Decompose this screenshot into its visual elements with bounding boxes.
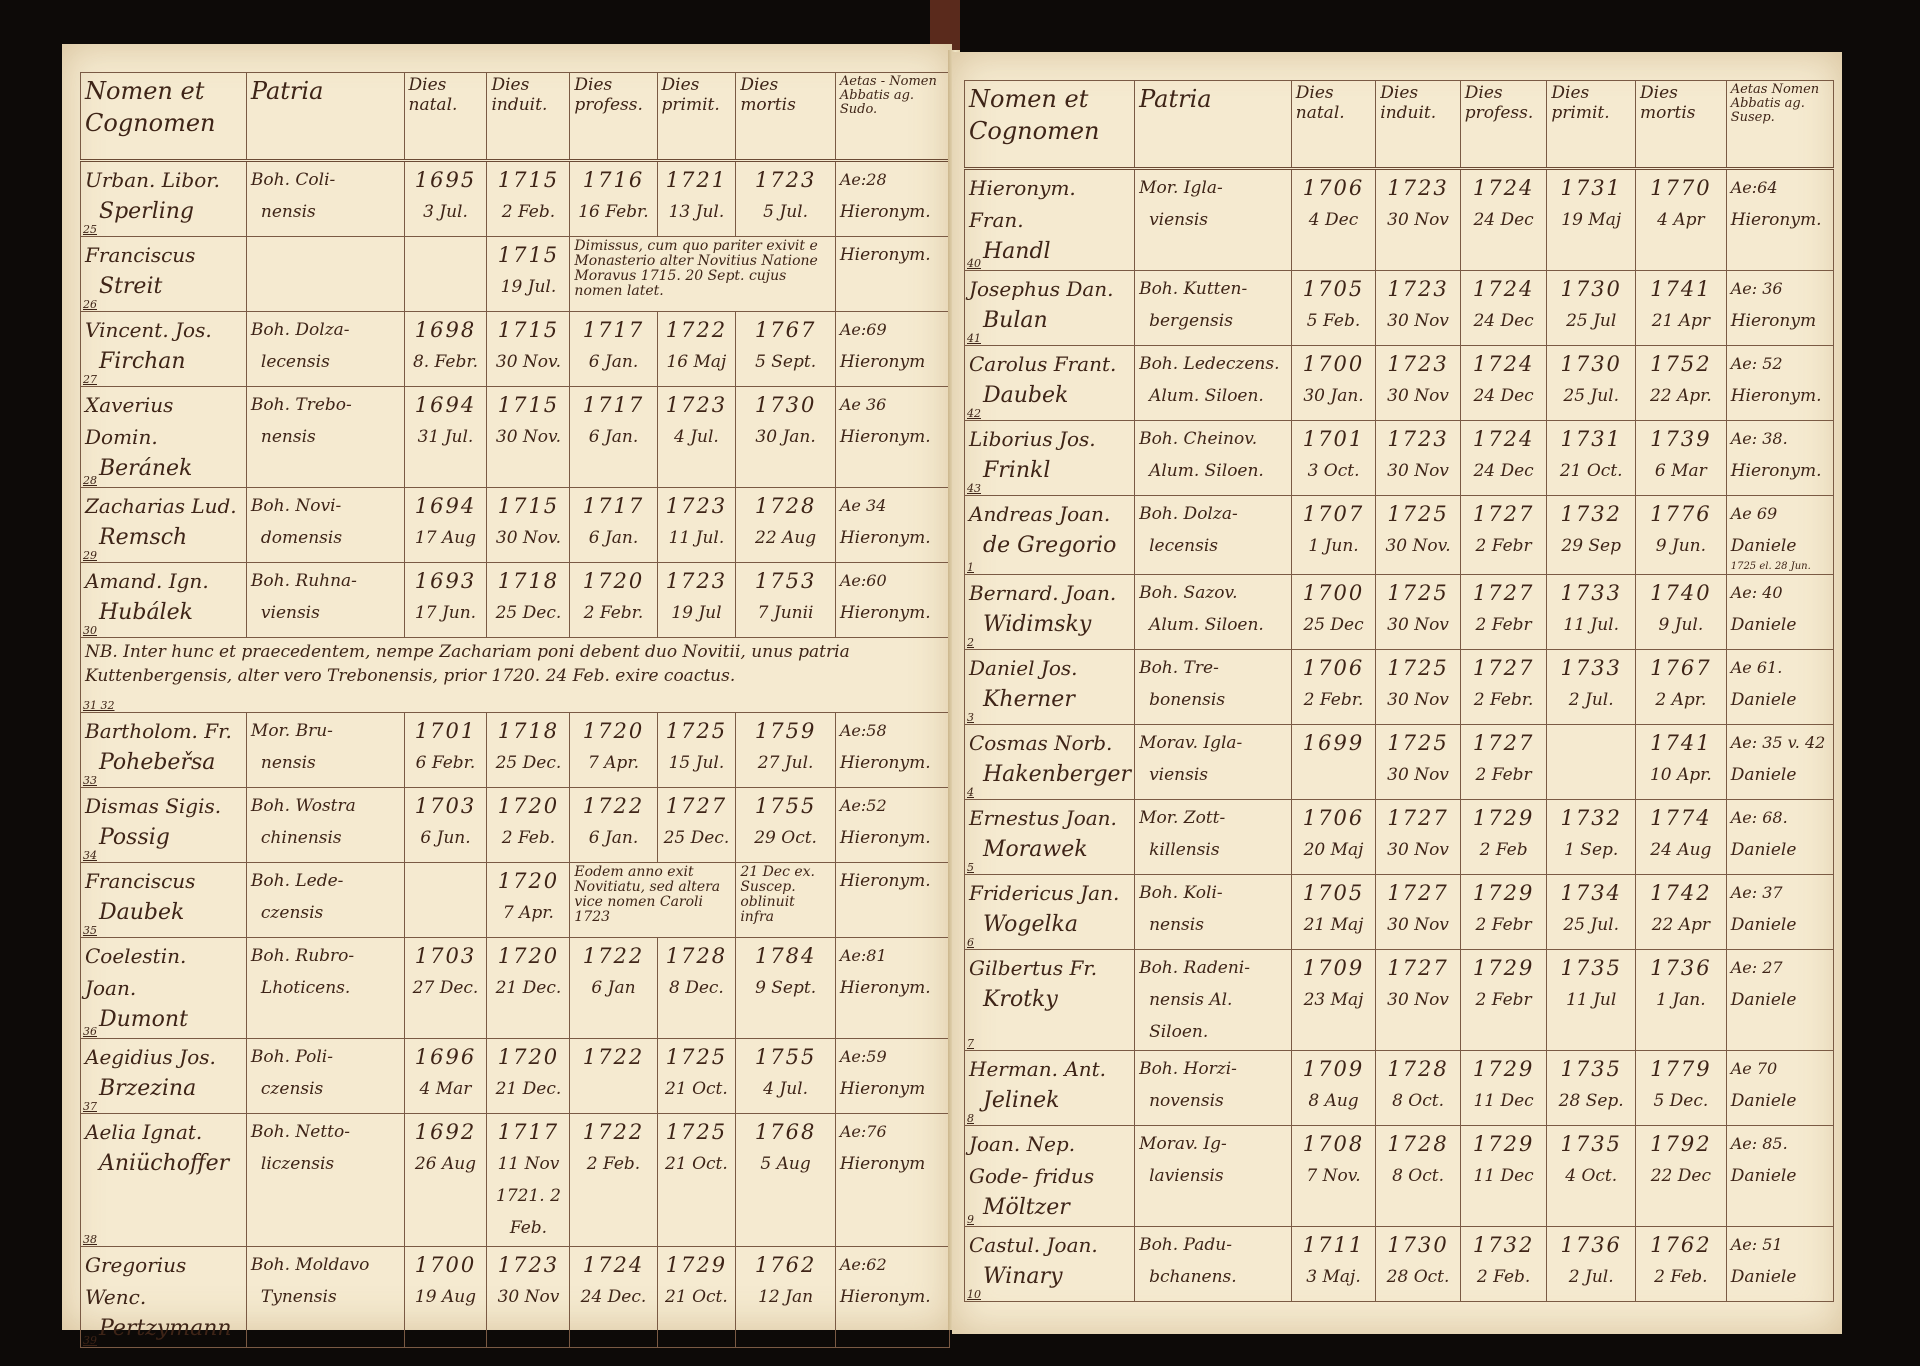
name-cell-line1: Liborius Jos.	[969, 423, 1130, 455]
patria-cell-line1: Boh. Koli-	[1139, 877, 1287, 909]
primit-cell: 17362 Jul.	[1547, 1227, 1636, 1302]
name-cell-line2: Dumont	[85, 1004, 242, 1036]
primit-cell: 17321 Sep.	[1547, 800, 1636, 875]
patria-cell-line1: Mor. Bru-	[251, 715, 400, 747]
entry-number: 6	[967, 937, 974, 949]
profess-cell: 17272 Febr.	[1460, 650, 1547, 725]
name-cell-line2: Remsch	[85, 522, 242, 554]
induit-cell-line2: 30 Nov.	[1380, 530, 1456, 562]
primit-cell-line2: 25 Jul.	[1551, 909, 1631, 941]
abbas-cell: Ae:52Hieronym.	[835, 788, 949, 863]
primit-cell: 17288 Dec.	[657, 938, 736, 1039]
primit-cell-line2: 4 Oct.	[1551, 1160, 1631, 1192]
mortis-cell-line1: 1740	[1640, 577, 1722, 609]
natal-cell-line1: 1700	[409, 1249, 483, 1281]
mortis-cell-line2: 24 Aug	[1640, 834, 1722, 866]
patria-cell-line1: Mor. Zott-	[1139, 802, 1287, 834]
entry-number: 33	[83, 775, 97, 787]
table-row: Urban. Libor.Sperling25Boh. Coli-nensis1…	[81, 161, 950, 237]
induit-cell: 172730 Nov	[1376, 875, 1461, 950]
primit-cell: 173119 Maj	[1547, 169, 1636, 271]
natal-cell-line1: 1700	[1296, 348, 1372, 380]
profess-cell-line1: 1732	[1465, 1229, 1543, 1261]
abbas-cell: Ae 70Daniele	[1726, 1051, 1833, 1126]
profess-cell: 17176 Jan.	[570, 387, 657, 488]
primit-cell-line1: 1723	[662, 490, 732, 522]
induit-cell-line2: 30 Nov	[1380, 684, 1456, 716]
induit-cell-line2: 30 Nov	[1380, 305, 1456, 337]
name-cell: Carolus Frant.Daubek42	[965, 346, 1135, 421]
abbas-cell-line1: Ae:69	[840, 314, 945, 346]
mortis-cell-line2: 5 Dec.	[1640, 1085, 1722, 1117]
primit-cell: 173425 Jul.	[1547, 875, 1636, 950]
mortis-cell-line1: 1762	[740, 1249, 831, 1281]
abbas-cell-line1: Ae:64	[1731, 172, 1829, 204]
table-row: Aelia Ignat.Aniüchoffer38Boh. Netto-licz…	[81, 1114, 950, 1247]
mortis-cell-line2: 7 Junii	[740, 597, 831, 629]
patria-cell-line1: Boh. Poli-	[251, 1041, 400, 1073]
name-cell-line2: Pohebeřsa	[85, 747, 242, 779]
natal-cell-line1: 1701	[409, 715, 483, 747]
primit-cell: 173528 Sep.	[1547, 1051, 1636, 1126]
profess-cell: 172911 Dec	[1460, 1126, 1547, 1227]
natal-cell: 17087 Nov.	[1291, 1126, 1376, 1227]
primit-cell: 172319 Jul	[657, 563, 736, 638]
natal-cell: 170923 Maj	[1291, 950, 1376, 1051]
primit-cell-line2: 1 Sep.	[1551, 834, 1631, 866]
primit-cell-line1: 1733	[1551, 577, 1631, 609]
primit-cell-line2: 2 Jul.	[1551, 1261, 1631, 1293]
mortis-cell-line2: 6 Mar	[1640, 455, 1722, 487]
primit-cell-line1: 1735	[1551, 952, 1631, 984]
primit-cell-line2: 25 Dec.	[662, 822, 732, 854]
induit-cell-line1: 1723	[1380, 348, 1456, 380]
mortis-cell: 17672 Apr.	[1636, 650, 1727, 725]
primit-cell-line2: 11 Jul.	[1551, 609, 1631, 641]
column-header: Aetas - Nomen Abbatis ag. Sudo.	[835, 73, 949, 161]
patria-cell: Boh. Sazov.Alum. Siloen.	[1135, 575, 1292, 650]
table-row: Amand. Ign.Hubálek30Boh. Ruhna-viensis16…	[81, 563, 950, 638]
remark-text: Dimissus, cum quo pariter exivit e Monas…	[574, 239, 830, 299]
abbas-cell-line1: Ae: 27	[1731, 952, 1829, 984]
profess-cell: 17272 Febr	[1460, 575, 1547, 650]
induit-cell-line2: 2 Feb.	[491, 196, 565, 228]
induit-cell: 172730 Nov	[1376, 800, 1461, 875]
patria-cell: Boh. Coli-nensis	[246, 161, 404, 237]
patria-cell: Mor. Bru-nensis	[246, 713, 404, 788]
induit-cell-line1: 1725	[1380, 577, 1456, 609]
name-cell: Amand. Ign.Hubálek30	[81, 563, 247, 638]
induit-cell-line2: 21 Dec.	[491, 1073, 565, 1105]
primit-cell: 172311 Jul.	[657, 488, 736, 563]
profess-cell-line2: 6 Jan.	[574, 522, 652, 554]
profess-cell-line1: 1729	[1465, 877, 1543, 909]
table-row: Aegidius Jos.Brzezina37Boh. Poli-czensis…	[81, 1039, 950, 1114]
mortis-cell-line2: 12 Jan	[740, 1281, 831, 1313]
remark-cell: Eodem anno exit Novitiatu, sed altera vi…	[570, 863, 736, 938]
primit-cell: 172521 Oct.	[657, 1114, 736, 1247]
mortis-cell-line1: 1770	[1640, 172, 1722, 204]
mortis-cell-line2: 4 Jul.	[740, 1073, 831, 1105]
name-cell-line1: Zacharias Lud.	[85, 490, 242, 522]
induit-cell-line1: 1720	[491, 790, 565, 822]
mortis-cell: 17704 Apr	[1636, 169, 1727, 271]
induit-cell: 172021 Dec.	[487, 1039, 570, 1114]
induit-cell-line1: 1720	[491, 1041, 565, 1073]
primit-cell: 172515 Jul.	[657, 713, 736, 788]
profess-cell-line1: 1727	[1465, 577, 1543, 609]
mortis-cell: 174222 Apr	[1636, 875, 1727, 950]
entry-number: 9	[967, 1214, 974, 1226]
profess-cell-line2: 2 Febr	[1465, 609, 1543, 641]
induit-cell: 17152 Feb.	[487, 161, 570, 237]
patria-cell: Boh. Kutten-bergensis	[1135, 271, 1292, 346]
natal-cell-line2: 4 Dec	[1296, 204, 1372, 236]
natal-cell-line1: 1706	[1296, 652, 1372, 684]
abbas-cell-line1: Ae 36	[840, 389, 945, 421]
name-cell-line2: Möltzer	[969, 1192, 1130, 1224]
name-cell-line1: Andreas Joan.	[969, 498, 1130, 530]
left-page: Nomen et CognomenPatriaDies natal.Dies i…	[62, 44, 952, 1330]
entry-number: 26	[83, 299, 97, 311]
induit-cell: 172330 Nov	[1376, 169, 1461, 271]
natal-cell-line2: 30 Jan.	[1296, 380, 1372, 412]
table-row: Castul. Joan.Winary10Boh. Padu-bchanens.…	[965, 1227, 1834, 1302]
mortis-cell: 17622 Feb.	[1636, 1227, 1727, 1302]
abbas-cell-line2: Hieronym.	[840, 239, 945, 271]
natal-cell: 17071 Jun.	[1291, 496, 1376, 575]
induit-cell-line1: 1715	[491, 314, 565, 346]
mortis-cell: 17235 Jul.	[736, 161, 836, 237]
table-row: Ernestus Joan.Morawek5Mor. Zott-killensi…	[965, 800, 1834, 875]
abbas-cell-line2: Hieronym	[840, 346, 945, 378]
abbas-cell-line2: Hieronym.	[840, 196, 945, 228]
profess-cell-line2: 6 Jan.	[574, 822, 652, 854]
table-row: Liborius Jos.Frinkl43Boh. Cheinov.Alum. …	[965, 421, 1834, 496]
induit-cell: 171825 Dec.	[487, 563, 570, 638]
mortis-cell-line1: 1742	[1640, 877, 1722, 909]
primit-cell: 172113 Jul.	[657, 161, 736, 237]
table-row: Hieronym. Fran.Handl40Mor. Igla-viensis1…	[965, 169, 1834, 271]
entry-number: 27	[83, 374, 97, 386]
mortis-cell-line1: 1755	[740, 790, 831, 822]
mortis-cell-line1: 1767	[1640, 652, 1722, 684]
primit-cell-line2: 13 Jul.	[662, 196, 732, 228]
patria-cell: Boh. Horzi-novensis	[1135, 1051, 1292, 1126]
name-cell: Daniel Jos.Kherner3	[965, 650, 1135, 725]
name-cell-line1: Bernard. Joan.	[969, 577, 1130, 609]
induit-cell: 172021 Dec.	[487, 938, 570, 1039]
name-cell-line2: Frinkl	[969, 455, 1130, 487]
primit-cell-line1: 1731	[1551, 172, 1631, 204]
name-cell: Liborius Jos.Frinkl43	[965, 421, 1135, 496]
table-row: Cosmas Norb.Hakenberger4Morav. Igla-vien…	[965, 725, 1834, 800]
abbas-cell: Ae: 36Hieronym	[1726, 271, 1833, 346]
profess-cell-line1: 1722	[574, 1116, 652, 1148]
mortis-cell-line1: 1755	[740, 1041, 831, 1073]
natal-cell-line1: 1705	[1296, 273, 1372, 305]
patria-cell-line1: Boh. Ruhna-	[251, 565, 400, 597]
profess-cell: 17292 Febr	[1460, 875, 1547, 950]
natal-cell: 17055 Feb.	[1291, 271, 1376, 346]
induit-cell-line2: 30 Nov	[1380, 909, 1456, 941]
induit-cell: 171530 Nov.	[487, 387, 570, 488]
name-cell-line2: Sperling	[85, 196, 242, 228]
name-cell-line1: Vincent. Jos.	[85, 314, 242, 346]
profess-cell: 17207 Apr.	[570, 713, 657, 788]
mortis-cell-line1: 1753	[740, 565, 831, 597]
natal-cell-line2: 21 Maj	[1296, 909, 1372, 941]
column-header: Dies primit.	[1547, 81, 1636, 169]
primit-cell: 172725 Dec.	[657, 788, 736, 863]
patria-cell: Boh. Poli-czensis	[246, 1039, 404, 1114]
name-cell-line2: Handl	[969, 236, 1130, 268]
profess-cell: 172424 Dec	[1460, 346, 1547, 421]
entry-number: 43	[967, 483, 981, 495]
profess-cell-line1: 1727	[1465, 498, 1543, 530]
name-cell-line2: Wogelka	[969, 909, 1130, 941]
induit-cell-line2: 8 Oct.	[1380, 1085, 1456, 1117]
primit-cell-line1: 1730	[1551, 273, 1631, 305]
natal-cell-line1: 1709	[1296, 952, 1372, 984]
abbas-cell-line1: Ae:28	[840, 164, 945, 196]
natal-cell-line1: 1705	[1296, 877, 1372, 909]
mortis-cell: 17396 Mar	[1636, 421, 1727, 496]
induit-cell-line1: 1718	[491, 565, 565, 597]
abbas-cell-line1: Ae 61.	[1731, 652, 1829, 684]
name-cell-line1: Urban. Libor.	[85, 164, 242, 196]
primit-cell-line1: 1731	[1551, 423, 1631, 455]
mortis-cell: 175529 Oct.	[736, 788, 836, 863]
mortis-cell-line2: 1 Jan.	[1640, 984, 1722, 1016]
induit-cell-line2: 30 Nov.	[491, 421, 565, 453]
natal-cell-line2: 27 Dec.	[409, 972, 483, 1004]
induit-cell-line1: 1723	[1380, 423, 1456, 455]
name-cell-line2: Daubek	[969, 380, 1130, 412]
natal-cell-line1: 1707	[1296, 498, 1372, 530]
patria-cell-line2: Lhoticens.	[251, 972, 400, 1004]
profess-cell: 17176 Jan.	[570, 488, 657, 563]
mortis-cell-line2: 29 Oct.	[740, 822, 831, 854]
primit-cell-line2: 29 Sep	[1551, 530, 1631, 562]
patria-cell: Boh. Lede-czensis	[246, 863, 404, 938]
name-cell: Josephus Dan.Bulan41	[965, 271, 1135, 346]
patria-cell-line1: Boh. Netto-	[251, 1116, 400, 1148]
entry-number: 36	[83, 1026, 97, 1038]
table-row: Daniel Jos.Kherner3Boh. Tre-bonensis1706…	[965, 650, 1834, 725]
abbas-cell-line2: Daniele	[1731, 1261, 1829, 1293]
natal-cell-line1: 1693	[409, 565, 483, 597]
primit-cell-line1: 1728	[662, 940, 732, 972]
name-cell-line2: Krotky	[969, 984, 1130, 1016]
profess-cell-line2: 2 Feb.	[1465, 1261, 1543, 1293]
induit-cell-line2: 11 Nov 1721. 2 Feb.	[491, 1148, 565, 1244]
induit-cell-line2: 7 Apr.	[491, 897, 565, 929]
table-row: Gregorius Wenc.Pertzymann39Boh. MoldavoT…	[81, 1247, 950, 1348]
induit-cell-line1: 1727	[1380, 802, 1456, 834]
induit-cell-line2: 30 Nov	[491, 1281, 565, 1313]
abbas-cell: Ae 36Hieronym.	[835, 387, 949, 488]
mortis-cell-line2: 30 Jan.	[740, 421, 831, 453]
natal-cell: 17013 Oct.	[1291, 421, 1376, 496]
name-cell-line2: de Gregorio	[969, 530, 1130, 562]
mortis-cell-line1: 1784	[740, 940, 831, 972]
table-row: Herman. Ant.Jelinek8Boh. Horzi-novensis1…	[965, 1051, 1834, 1126]
natal-cell-line1: 1703	[409, 940, 483, 972]
abbas-cell-line2: Hieronym.	[1731, 204, 1829, 236]
abbas-cell: Ae:69Hieronym	[835, 312, 949, 387]
primit-cell: 17234 Jul.	[657, 387, 736, 488]
profess-cell-line1: 1720	[574, 565, 652, 597]
name-cell: Coelestin. Joan.Dumont36	[81, 938, 247, 1039]
name-cell-line2: Bulan	[969, 305, 1130, 337]
profess-cell-line2: 6 Jan.	[574, 421, 652, 453]
abbas-cell-line1: Ae:60	[840, 565, 945, 597]
abbas-cell-line2: Daniele	[1731, 1160, 1829, 1192]
column-header: Dies profess.	[570, 73, 657, 161]
column-header: Patria	[1135, 81, 1292, 169]
table-row: FranciscusStreit26171519 Jul.Dimissus, c…	[81, 237, 950, 312]
patria-cell-line1: Boh. Coli-	[251, 164, 400, 196]
abbas-cell-line2: Hieronym.	[840, 865, 945, 897]
natal-cell-line1: 1698	[409, 314, 483, 346]
natal-cell: 16953 Jul.	[404, 161, 487, 237]
profess-cell-line2: 11 Dec	[1465, 1085, 1543, 1117]
induit-cell: 172530 Nov	[1376, 575, 1461, 650]
mortis-cell-line1: 1767	[740, 314, 831, 346]
patria-cell-line1: Boh. Rubro-	[251, 940, 400, 972]
name-cell: Bernard. Joan.Widimsky2	[965, 575, 1135, 650]
induit-cell: 17288 Oct.	[1376, 1051, 1461, 1126]
entry-number: 29	[83, 550, 97, 562]
entry-number: 37	[83, 1101, 97, 1113]
primit-cell-line1: 1729	[662, 1249, 732, 1281]
induit-cell-line2: 30 Nov	[1380, 759, 1456, 791]
primit-cell-line2: 21 Oct.	[662, 1073, 732, 1105]
mortis-cell-line2: 2 Feb.	[1640, 1261, 1722, 1293]
name-cell-line2: Hakenberger	[969, 759, 1130, 791]
remark-text-2: 21 Dec ex. Suscep. oblinuit infra	[740, 865, 831, 925]
name-cell-line1: Josephus Dan.	[969, 273, 1130, 305]
primit-cell-line2: 19 Jul	[662, 597, 732, 629]
profess-cell: 17176 Jan.	[570, 312, 657, 387]
primit-cell-line2: 8 Dec.	[662, 972, 732, 1004]
name-cell-line2: Possig	[85, 822, 242, 854]
mortis-cell: 175222 Apr.	[1636, 346, 1727, 421]
name-cell-line2: Kherner	[969, 684, 1130, 716]
abbas-cell: Ae: 52Hieronym.	[1726, 346, 1833, 421]
mortis-cell-line1: 1762	[1640, 1229, 1722, 1261]
patria-cell-line2: nensis	[251, 196, 400, 228]
name-cell-line2: Morawek	[969, 834, 1130, 866]
profess-cell-line2: 2 Feb	[1465, 834, 1543, 866]
name-cell: Ernestus Joan.Morawek5	[965, 800, 1135, 875]
induit-cell: 17202 Feb.	[487, 788, 570, 863]
name-cell-line2: Daubek	[85, 897, 242, 929]
profess-cell-line1: 1729	[1465, 1053, 1543, 1085]
primit-cell: 172921 Oct.	[657, 1247, 736, 1348]
abbas-cell-line2: Daniele	[1731, 1085, 1829, 1117]
natal-cell: 169431 Jul.	[404, 387, 487, 488]
induit-cell-line1: 1720	[491, 865, 565, 897]
abbas-cell: Ae:81Hieronym.	[835, 938, 949, 1039]
patria-cell-line1: Boh. Ledeczens.	[1139, 348, 1287, 380]
induit-cell: 172530 Nov	[1376, 650, 1461, 725]
name-cell-line2: Streit	[85, 271, 242, 303]
profess-cell: 171616 Febr.	[570, 161, 657, 237]
primit-cell: 17354 Oct.	[1547, 1126, 1636, 1227]
entry-number: 25	[83, 224, 97, 236]
column-header: Dies induit.	[1376, 81, 1461, 169]
induit-cell: 172330 Nov	[487, 1247, 570, 1348]
induit-cell-line2: 30 Nov.	[491, 346, 565, 378]
primit-cell-line1: 1735	[1551, 1053, 1631, 1085]
primit-cell-line2: 16 Maj	[662, 346, 732, 378]
profess-cell-line2: 6 Jan	[574, 972, 652, 1004]
column-header: Dies mortis	[736, 73, 836, 161]
patria-cell-line1: Boh. Sazov.	[1139, 577, 1287, 609]
induit-cell-line1: 1725	[1380, 652, 1456, 684]
abbas-cell: Ae: 35 v. 42Daniele	[1726, 725, 1833, 800]
mortis-cell: 176212 Jan	[736, 1247, 836, 1348]
abbas-cell-line2: Daniele	[1731, 684, 1829, 716]
abbas-cell-line2: Hieronym.	[840, 597, 945, 629]
induit-cell-line2: 30 Nov	[1380, 834, 1456, 866]
register-table-left: Nomen et CognomenPatriaDies natal.Dies i…	[80, 72, 950, 1348]
entry-number: 5	[967, 862, 974, 874]
name-cell-line1: Franciscus	[85, 239, 242, 271]
abbas-cell-line1: Ae:62	[840, 1249, 945, 1281]
abbas-cell: Ae:64Hieronym.	[1726, 169, 1833, 271]
mortis-cell-line1: 1759	[740, 715, 831, 747]
primit-cell-line1: 1723	[662, 565, 732, 597]
name-cell-line1: Fridericus Jan.	[969, 877, 1130, 909]
entry-number: 7	[967, 1038, 974, 1050]
primit-cell-line1: 1733	[1551, 652, 1631, 684]
name-cell-line2: Widimsky	[969, 609, 1130, 641]
table-row: Zacharias Lud.Remsch29Boh. Novi-domensis…	[81, 488, 950, 563]
table-row: Carolus Frant.Daubek42Boh. Ledeczens.Alu…	[965, 346, 1834, 421]
mortis-cell: 174121 Apr	[1636, 271, 1727, 346]
mortis-cell: 17849 Sept.	[736, 938, 836, 1039]
primit-cell: 173025 Jul.	[1547, 346, 1636, 421]
natal-cell-line1: 1694	[409, 490, 483, 522]
mortis-cell: 17554 Jul.	[736, 1039, 836, 1114]
profess-cell-line1: 1720	[574, 715, 652, 747]
profess-cell-line1: 1717	[574, 314, 652, 346]
entry-number: 4	[967, 787, 974, 799]
note-text: NB. Inter hunc et praecedentem, nempe Za…	[85, 640, 945, 688]
name-cell-line2: Brzezina	[85, 1073, 242, 1105]
name-cell-line1: Xaverius Domin.	[85, 389, 242, 453]
abbas-cell-line1: Ae: 51	[1731, 1229, 1829, 1261]
mortis-cell-line2: 22 Dec	[1640, 1160, 1722, 1192]
profess-cell: 17322 Feb.	[1460, 1227, 1547, 1302]
table-row: Gilbertus Fr.Krotky7Boh. Radeni-nensis A…	[965, 950, 1834, 1051]
mortis-cell-line2: 21 Apr	[1640, 305, 1722, 337]
primit-cell-line2: 21 Oct.	[662, 1281, 732, 1313]
profess-cell-line1: 1729	[1465, 952, 1543, 984]
natal-cell-line2: 6 Jun.	[409, 822, 483, 854]
mortis-cell-line2: 9 Sept.	[740, 972, 831, 1004]
profess-cell-line2: 2 Febr	[1465, 984, 1543, 1016]
name-cell-line1: Coelestin. Joan.	[85, 940, 242, 1004]
column-header: Nomen et Cognomen	[965, 81, 1135, 169]
patria-cell-line2: liczensis	[251, 1148, 400, 1180]
name-cell-line2: Hubálek	[85, 597, 242, 629]
profess-cell-line2: 2 Febr	[1465, 530, 1543, 562]
natal-cell-line2: 3 Oct.	[1296, 455, 1372, 487]
